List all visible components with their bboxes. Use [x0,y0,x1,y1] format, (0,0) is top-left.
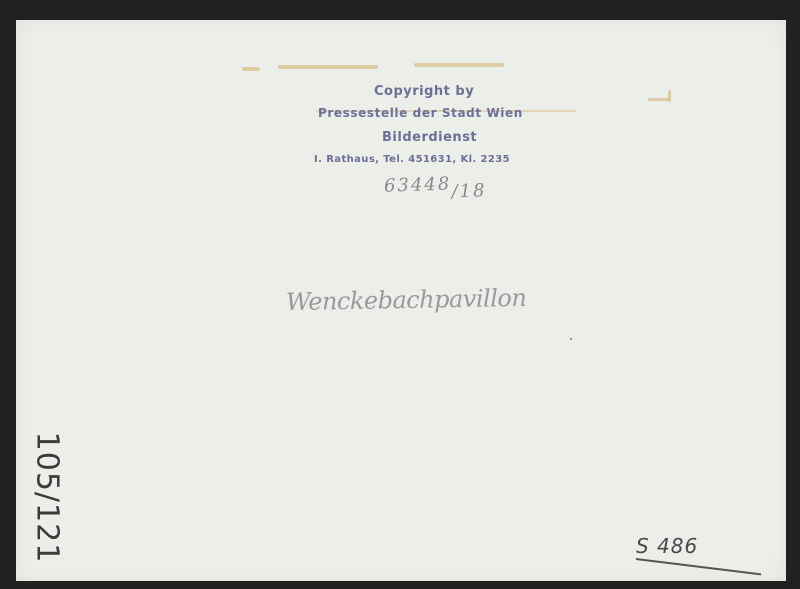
negative-number-main: 63448 [384,173,452,196]
stamp-line-address: I. Rathaus, Tel. 451631, Kl. 2235 [314,154,510,165]
tape-residue [414,63,504,67]
photo-back-paper: Copyright by Pressestelle der Stadt Wien… [16,20,786,581]
ink-speck [570,338,572,340]
stamp-line-department: Bilderdienst [382,130,477,145]
negative-number-suffix: /18 [451,180,487,202]
handwritten-caption: Wenckebachpavillon [286,284,527,316]
negative-number: 63448/18 [384,172,487,197]
stamp-line-copyright: Copyright by [374,84,474,99]
tape-residue [242,67,260,71]
inventory-number: 105/121 [30,403,65,589]
tape-residue [668,90,671,102]
tape-residue [278,65,378,69]
stamp-line-publisher: Pressestelle der Stadt Wien [318,106,523,120]
shelf-mark: S 486 [636,534,698,558]
strike-through-line [636,558,761,575]
tape-residue [648,98,670,101]
